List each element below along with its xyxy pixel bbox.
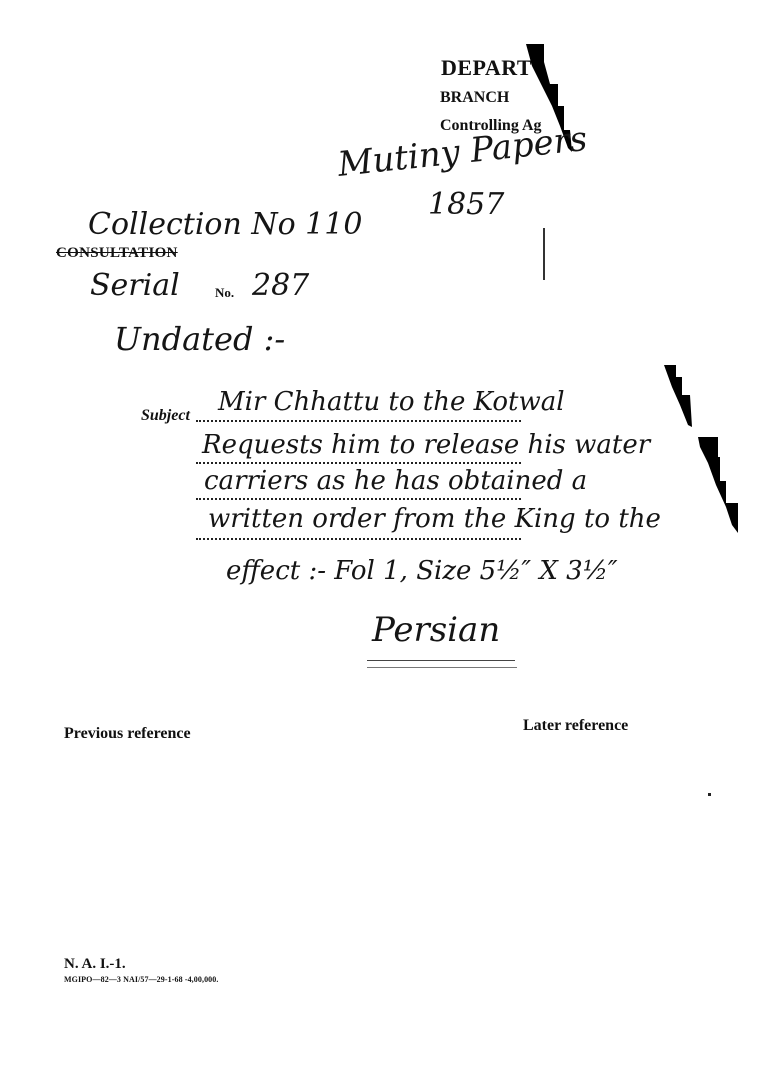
handwritten-collection-number: Collection No 110 [88,207,362,242]
handwritten-year: 1857 [428,187,504,222]
handwritten-undated: Undated :- [114,320,285,358]
department-heading: DEPART [441,55,532,81]
torn-edge-artifact-middle [660,365,740,535]
language-underline [367,660,515,661]
subject-label: Subject [141,407,190,425]
pencil-mark [543,228,545,280]
subject-line-4: written order from the King to the [208,504,661,534]
subject-line-1: Mir Chhattu to the Kotwal [218,387,565,417]
subject-dotted-rule [196,538,521,540]
scan-speck [708,793,711,796]
form-code: N. A. I.-1. [64,956,126,973]
subject-line-3: carriers as he has obtained a [204,466,587,496]
handwritten-language: Persian [372,610,500,650]
subject-dotted-rule [196,462,521,464]
serial-no-label: No. [215,285,234,301]
subject-line-5: effect :- Fol 1, Size 5½″ X 3½″ [226,556,618,586]
consultation-label-struck: CONSULTATION [56,245,178,262]
subject-dotted-rule [196,420,521,422]
subject-dotted-rule [196,498,521,500]
subject-line-2: Requests him to release his water [202,430,650,460]
language-underline [367,667,517,668]
serial-number-value: 287 [252,268,309,303]
previous-reference-label: Previous reference [64,725,191,743]
branch-label: BRANCH [440,89,509,107]
print-code: MGIPO—82—3 NAI/57—29-1-68 -4,00,000. [64,975,218,984]
handwritten-serial: Serial [90,268,180,303]
later-reference-label: Later reference [523,717,628,735]
